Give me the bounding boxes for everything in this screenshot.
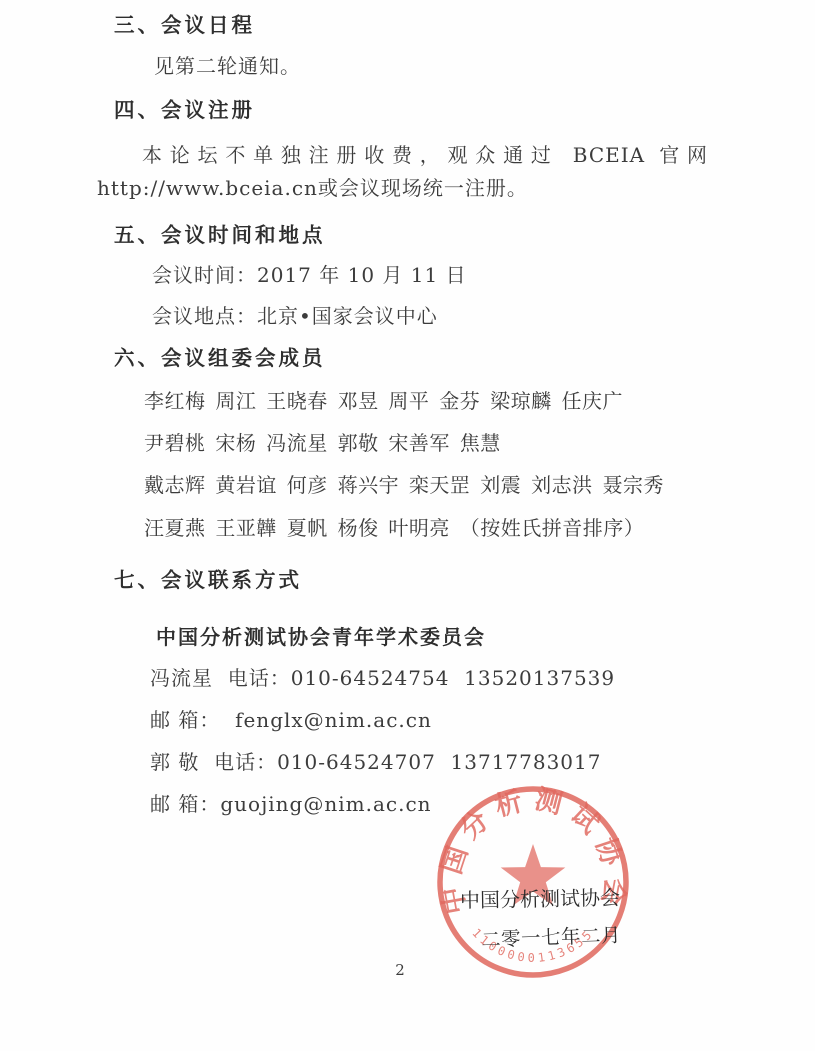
committee-names-row4: 汪夏燕 王亚韡 夏帆 杨俊 叶明亮 （按姓氏拼音排序） [144,517,644,540]
contact-email-guo: 邮 箱：guojing@nim.ac.cn [150,793,432,816]
section-3-heading: 三、会议日程 [114,13,255,37]
contact-phone-guo: 郭 敬 电话：010-64524707 13717783017 [150,751,602,774]
section-3-body: 见第二轮通知。 [154,55,301,78]
section-4-heading: 四、会议注册 [114,98,255,122]
page-number: 2 [380,961,420,979]
section-5-heading: 五、会议时间和地点 [114,223,326,247]
contact-email-feng: 邮 箱： fenglx@nim.ac.cn [150,709,432,732]
meeting-place: 会议地点：北京•国家会议中心 [152,305,438,328]
section-4-line2-url: http://www.bceia.cn或会议现场统一注册。 [97,177,528,200]
committee-names-row3: 戴志辉 黄岩谊 何彦 蒋兴宇 栾天罡 刘震 刘志洪 聂宗秀 [144,474,664,497]
meeting-time: 会议时间：2017 年 10 月 11 日 [152,264,467,287]
contact-organization: 中国分析测试协会青年学术委员会 [156,626,486,649]
section-7-heading: 七、会议联系方式 [114,568,302,592]
contact-phone-feng: 冯流星 电话：010-64524754 13520137539 [150,667,615,690]
section-4-line1: 本论坛不单独注册收费，观众通过 BCEIA 官网 [142,139,708,168]
section-6-heading: 六、会议组委会成员 [114,346,326,370]
committee-names-row1: 李红梅 周江 王晓春 邓昱 周平 金芬 梁琼麟 任庆广 [144,390,623,413]
committee-names-row2: 尹碧桃 宋杨 冯流星 郭敬 宋善军 焦慧 [144,432,501,455]
signature-date: 二零一七年二月 [481,920,622,953]
document-page: 三、会议日程 见第二轮通知。 四、会议注册 本论坛不单独注册收费，观众通过 BC… [0,0,815,1051]
signature-organization: 中国分析测试协会 [460,882,620,914]
